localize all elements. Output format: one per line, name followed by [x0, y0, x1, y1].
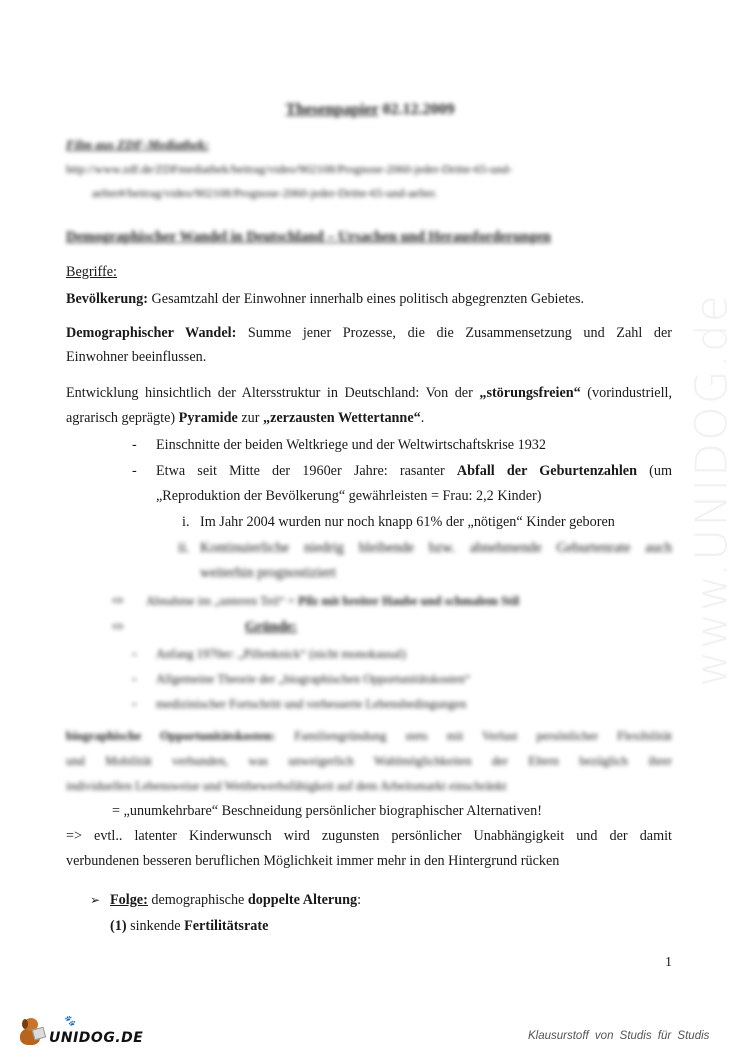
- reason-pillenknick: Anfang 1970er: „Pillenknick“ (nicht mono…: [156, 645, 406, 663]
- paw-icon: 🐾: [63, 1016, 76, 1027]
- source-heading: Film aus ZDF-Mediathek:: [66, 136, 209, 154]
- bullet-marker: -: [132, 462, 137, 480]
- development-line1: Entwicklung hinsichtlich der Altersstruk…: [66, 384, 672, 402]
- opportunity-line2: und Mobilität verbunden, was unweigerlic…: [66, 752, 672, 770]
- dog-mascot-icon: [16, 1018, 46, 1046]
- terms-heading: Begriffe:: [66, 263, 117, 281]
- document-page: www.UNIDOG.de Thesenpapier 02.12.2009 Fi…: [0, 0, 750, 1060]
- sub-item-prognose-line2: weiterhin prognostiziert: [200, 564, 336, 582]
- arrow-pilz: Abnahme im „unteren Teil“ = Pilz mit bre…: [146, 592, 519, 610]
- folge-line: Folge: demographische doppelte Alterung:: [110, 891, 361, 909]
- reason-marker: -: [132, 645, 137, 663]
- unidog-logo[interactable]: 🐾 UNIDOG.DE: [16, 1018, 143, 1046]
- sub-item-marker: ii.: [178, 539, 189, 557]
- source-url-line1[interactable]: http://www.zdf.de/ZDFmediathek/beitrag/v…: [66, 160, 512, 178]
- arrow-icon: ⇨: [112, 592, 124, 610]
- consequence-line: = „unumkehrbare“ Beschneidung persönlich…: [112, 802, 542, 820]
- bullet-weltkriege: Einschnitte der beiden Weltkriege und de…: [156, 436, 546, 454]
- opportunity-line1: biographische Opportunitätskosten: Famil…: [66, 727, 672, 745]
- development-line2: agrarisch geprägte) Pyramide zur „zerzau…: [66, 409, 424, 427]
- bullet-geburtenzahlen-line1: Etwa seit Mitte der 1960er Jahre: rasant…: [156, 462, 672, 480]
- definition-wandel-line2: Einwohner beeinflussen.: [66, 348, 206, 366]
- opportunity-line3: individuellen Lebensweise und Wettbewerb…: [66, 777, 507, 795]
- reason-opportunitaet: Allgemeine Theorie der „biographischen O…: [156, 670, 470, 688]
- conclusion-line1: => evtl.. latenter Kinderwunsch wird zug…: [66, 827, 672, 845]
- page-number: 1: [665, 955, 672, 971]
- document-title: Thesenpapier 02.12.2009: [0, 101, 740, 119]
- watermark: www.UNIDOG.de: [687, 293, 738, 687]
- reasons-heading: Gründe:: [245, 618, 297, 636]
- logo-text: 🐾 UNIDOG.DE: [49, 1030, 143, 1046]
- arrow-icon: ⇨: [112, 618, 124, 636]
- sub-item-marker: i.: [182, 513, 190, 531]
- sub-item-prognose-line1: Kontinuierliche niedrig bleibende bzw. a…: [200, 539, 672, 557]
- reason-medizin: medizinischer Fortschritt und verbessert…: [156, 695, 466, 713]
- section-heading: Demographischer Wandel in Deutschland – …: [66, 228, 551, 246]
- definition-bevoelkerung: Bevölkerung: Gesamtzahl der Einwohner in…: [66, 290, 584, 308]
- bullet-marker: -: [132, 436, 137, 454]
- bullet-geburtenzahlen-line2: „Reproduktion der Bevölkerung“ gewährlei…: [156, 487, 541, 505]
- point-fertilitaet: (1) sinkende Fertilitätsrate: [110, 917, 268, 935]
- footer-tagline: Klausurstoff von Studis für Studis: [528, 1030, 709, 1042]
- reason-marker: -: [132, 695, 137, 713]
- source-url-line2[interactable]: aelter#/beitrag/video/902108/Prognose-20…: [92, 184, 437, 202]
- arrowhead-bullet-icon: ➢: [90, 891, 100, 909]
- sub-item-2004: Im Jahr 2004 wurden nur noch knapp 61% d…: [200, 513, 615, 531]
- definition-wandel-line1: Demographischer Wandel: Summe jener Proz…: [66, 324, 672, 342]
- conclusion-line2: verbundenen besseren beruflichen Möglich…: [66, 852, 559, 870]
- reason-marker: -: [132, 670, 137, 688]
